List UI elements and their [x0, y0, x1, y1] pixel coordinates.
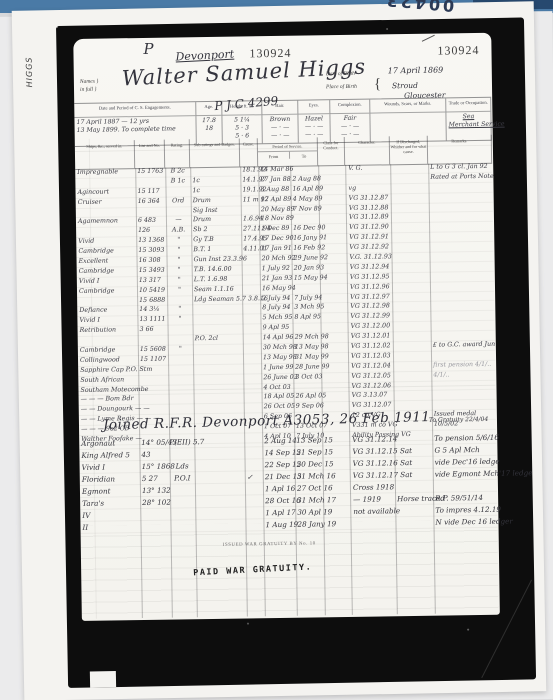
cell-ship: Agamemnon	[76, 218, 136, 228]
cell-from: 21 Dec 15	[263, 471, 295, 482]
col-age: Age.	[196, 102, 222, 116]
cell-remarks: vide Dec'16 ledge	[433, 456, 497, 468]
cell-sub	[193, 345, 243, 355]
cell-from: 14 Apl 96	[261, 334, 293, 343]
cell-to	[291, 215, 319, 224]
cell-no	[136, 207, 166, 216]
cell-from: 30 Mch 98	[261, 344, 293, 353]
cell-remarks: R.P. 59/51/14	[433, 492, 497, 504]
cell-ship	[76, 227, 136, 237]
cell-cause	[244, 447, 262, 458]
cell-discharged	[390, 174, 428, 183]
cell-remarks: Rated at Ports Note	[428, 173, 492, 183]
place-of-birth-label: Place of Birth	[326, 84, 357, 90]
trade-2: Merchant Service	[449, 121, 489, 130]
cell-cls	[321, 333, 348, 342]
col-rating: Rating.	[165, 139, 190, 167]
col-trade: Trade or Occupation.	[446, 98, 491, 113]
cell-character: — 1919	[350, 493, 395, 505]
cell-from: 16 May 94	[260, 284, 292, 293]
cell-sub: Seam 1.1.16	[192, 285, 242, 295]
cell-cause	[242, 275, 260, 284]
cell-cls	[319, 205, 346, 214]
cell-no: 14° 05/43	[139, 437, 169, 448]
cell-rating: —	[166, 217, 191, 226]
cell-sub	[194, 404, 244, 414]
cell-no: 15 1107	[138, 356, 168, 365]
cell-discharged	[393, 362, 431, 371]
cell-discharged	[394, 445, 432, 457]
pen-mark: P	[143, 40, 153, 58]
cell-rating	[168, 355, 193, 364]
cell-cause	[241, 206, 259, 215]
cell-cause: 18.1.92	[240, 166, 258, 175]
col-eyes: Eyes.	[298, 100, 330, 114]
cell-from: 13 May 98	[261, 354, 293, 363]
cell-ship: Agincourt	[75, 188, 135, 198]
cell-cls	[321, 343, 348, 352]
cell-rating	[168, 375, 193, 384]
cell-sub	[195, 483, 245, 495]
cell-to: 7 July 94	[292, 294, 320, 303]
cell-cls	[319, 195, 346, 204]
cell-sub: L.T. 1.6.98	[192, 275, 242, 285]
cell-to: 20 Dec 15	[295, 458, 323, 469]
cell-to: 29 Mch 98	[293, 333, 321, 342]
cell-discharged	[394, 391, 432, 400]
cell-to: 16 Feb 92	[291, 244, 319, 253]
cell-to: 31 Mch 16	[295, 470, 323, 481]
cell-discharged	[391, 233, 429, 242]
dust-speckles	[56, 26, 58, 28]
cell-to: 16 Apl 89	[290, 185, 318, 194]
cell-sub: Sig Inst	[191, 206, 241, 216]
cell-character: Cross 1918	[350, 481, 395, 493]
cell-discharged	[391, 253, 429, 262]
cell-character: V. G.	[345, 164, 390, 174]
cell-no: 14 3¼	[137, 306, 167, 315]
cell-remarks	[429, 202, 493, 212]
cell-cls	[319, 214, 346, 223]
cell-cls	[323, 506, 350, 517]
cell-from: 17 Apl 89	[259, 195, 291, 204]
cell-remarks	[429, 252, 493, 262]
cell-cls	[319, 244, 346, 253]
cell-from: 18 Nov 89	[259, 215, 291, 224]
cell-cause	[243, 324, 261, 333]
cell-character: not available	[350, 505, 395, 517]
cell-no: 15 6888	[137, 296, 167, 305]
cell-no: 43	[139, 449, 169, 460]
cell-ship: Vivid I	[80, 461, 140, 473]
cell-rating: "	[168, 345, 193, 354]
cell-cause: 11 m 92	[241, 196, 259, 205]
cell-ship: Vivid	[76, 237, 136, 247]
cell-rating: "	[166, 246, 191, 255]
cell-character: VG 31.12.87	[346, 194, 391, 204]
cell-discharged	[395, 481, 433, 493]
names-label-line1: Names }	[80, 79, 99, 85]
cell-from: 1 Dec 89	[259, 225, 291, 234]
cell-to: 16 Dec 90	[291, 225, 319, 234]
cell-rating	[170, 484, 195, 495]
cell-discharged	[395, 457, 433, 469]
cell-from: 1 Apl 17	[263, 507, 295, 518]
cell-sub	[194, 394, 244, 404]
cell-ship: Sapphire Cap P.O. Stm	[78, 366, 138, 376]
cell-sub: 1c	[190, 186, 240, 196]
col-list-no: List and No.	[135, 140, 165, 168]
col-discharged: If Discharged, Whither and for what caus…	[390, 136, 428, 165]
cell-to: 31 Mch 17	[295, 494, 323, 505]
cell-sub	[195, 507, 245, 519]
cell-rating: A.B.	[166, 227, 191, 236]
cell-cls	[321, 353, 348, 362]
cell-discharged	[393, 352, 431, 361]
cell-cause	[242, 265, 260, 274]
cell-from: 20 Mch 92	[259, 255, 291, 264]
cell-to: 21 Sep 15	[294, 446, 322, 457]
cell-cls	[323, 494, 350, 505]
cell-remarks: To pension 5/6/16	[432, 432, 496, 444]
cell-ship: Argonaut	[79, 437, 139, 449]
cell-cls	[323, 470, 350, 481]
cell-remarks	[430, 301, 494, 311]
cell-no	[140, 509, 170, 520]
cell-remarks	[429, 232, 493, 242]
cell-from: 17 Dec 90	[259, 235, 291, 244]
photocopy-sheet: 00423 HIGGS P Devonport 130924 130924 Na…	[12, 1, 547, 700]
period-label: Period of Service.	[258, 140, 317, 152]
cell-rating: P.O.I	[170, 472, 195, 483]
cell-cls	[320, 294, 347, 303]
cell-cause	[244, 435, 262, 446]
cell-discharged	[391, 213, 429, 222]
age-2: 18	[199, 125, 220, 133]
cell-character: VG 31.12.15 Sat	[349, 445, 394, 457]
cell-rating	[168, 335, 193, 344]
margin-surname-annotation: HIGGS	[25, 56, 35, 87]
cell-cause	[244, 404, 262, 413]
cell-rating: "	[166, 236, 191, 245]
cell-from: 22 Sep 15	[263, 459, 295, 470]
cell-cause	[245, 483, 263, 494]
place-of-birth-town: Stroud	[392, 81, 418, 90]
service-rows-upper: Impregnable15 1763B 2c18.1.9214 Mar 86V.…	[75, 163, 496, 446]
cell-character: VG 31.12.05	[348, 372, 393, 382]
cell-cls	[319, 254, 346, 263]
cell-rating	[169, 405, 194, 414]
col-character: Character.	[345, 136, 390, 165]
cell-discharged	[392, 282, 430, 291]
cell-from: 5 Mch 95	[260, 314, 292, 323]
cell-character: VG 31.12.02	[348, 342, 393, 352]
cell-no	[135, 178, 165, 187]
cell-discharged	[395, 505, 433, 517]
cell-sub: Drum	[191, 196, 241, 206]
cell-ship: Vivid I	[77, 316, 137, 326]
cell-rating: "	[167, 306, 192, 315]
cell-ship: Collingwood	[78, 356, 138, 366]
cell-sub	[194, 447, 244, 459]
cell-to: 3 Oct 03	[293, 373, 321, 382]
names-label-line2: in full }	[80, 86, 97, 92]
cell-from: 1 June 99	[261, 364, 293, 373]
cell-no: 16 308	[137, 257, 167, 266]
cell-cls	[322, 434, 349, 445]
cell-remarks	[431, 351, 495, 361]
cell-discharged	[390, 164, 428, 173]
service-rows-lower: Argonaut14° 05/43P(EII) 5.72 Aug 1413 Se…	[79, 432, 497, 534]
cell-cls	[318, 165, 345, 174]
cell-sub: Sb 2	[191, 226, 241, 236]
cell-remarks	[432, 400, 496, 410]
cell-from: 1 July 92	[260, 265, 292, 274]
cell-cls	[318, 185, 345, 194]
cell-to: 31 May 99	[293, 353, 321, 362]
cell-sub	[193, 374, 243, 384]
cell-remarks: To impres 4.12.19	[433, 504, 497, 516]
cell-remarks: first pension 4/1/..	[431, 361, 495, 371]
cell-character: VG 31.12.99	[347, 313, 392, 323]
cell-rating: "	[167, 316, 192, 325]
cell-no: 15 5608	[138, 346, 168, 355]
date-of-birth-label: Date of Birth	[326, 71, 355, 77]
cell-ship: Cambridge	[78, 346, 138, 356]
cell-discharged	[393, 342, 431, 351]
cell-rating	[166, 207, 191, 216]
period-from-label: From	[258, 152, 290, 160]
cell-cls	[321, 373, 348, 382]
cell-character: VG 31.12.03	[348, 352, 393, 362]
cell-to: 27 Oct 16	[295, 482, 323, 493]
cell-from: 26 June 03	[261, 373, 293, 382]
cell-ship: Excellent	[77, 257, 137, 267]
cell-no: 28° 102	[140, 497, 170, 508]
cell-sub	[193, 364, 243, 374]
cell-remarks	[430, 281, 494, 291]
cell-no: 15 3493	[137, 267, 167, 276]
cell-discharged	[391, 193, 429, 202]
cell-from: 3 Aug 88	[258, 186, 290, 195]
cell-sub	[194, 435, 244, 447]
col-ships: Ships, &c., served in.	[75, 140, 135, 169]
cell-ship	[77, 297, 137, 307]
cell-cause	[242, 315, 260, 324]
cell-character: VG 31.12.04	[348, 362, 393, 372]
col-cause: Cause.	[240, 138, 258, 166]
cell-cause	[245, 507, 263, 518]
cell-rating: "	[167, 276, 192, 285]
cell-cls	[320, 264, 347, 273]
cell-cause	[243, 374, 261, 383]
cell-rating	[170, 508, 195, 519]
cell-cls	[319, 224, 346, 233]
cell-cause: 4.11.01	[241, 245, 259, 254]
cell-rating: B 1c	[165, 177, 190, 186]
cell-discharged	[393, 332, 431, 341]
cell-discharged	[391, 203, 429, 212]
cell-cls	[320, 274, 347, 283]
cell-remarks: 4/1/..	[431, 370, 495, 380]
cell-cause	[242, 305, 260, 314]
cell-remarks	[429, 192, 493, 202]
col-hair: Hair.	[262, 101, 298, 116]
cell-rating	[168, 365, 193, 374]
cell-character: vg	[345, 184, 390, 194]
cell-no: 16 364	[136, 197, 166, 206]
cell-discharged	[392, 312, 430, 321]
cell-cause: 14.1.97	[240, 176, 258, 185]
cell-no: 5 27	[140, 473, 170, 484]
cell-discharged	[392, 263, 430, 272]
cell-to	[293, 324, 321, 333]
cell-character: VG 3.13.07	[349, 392, 394, 402]
cell-to	[292, 284, 320, 293]
cell-from: 1 Apl 16	[263, 483, 295, 494]
cell-ship: Retribution	[78, 326, 138, 336]
cell-cause	[244, 394, 262, 403]
cell-character	[345, 174, 390, 184]
cell-sub: Ldg Seaman 5.7 3.8.16	[192, 295, 242, 305]
cell-discharged: Horse traced	[395, 493, 433, 505]
date-of-birth-value: 17 April 1869	[388, 66, 444, 76]
cell-rating: P(EII) 5.7	[169, 436, 194, 447]
cell-ship: Impregnable	[75, 168, 135, 178]
cell-from: 20 May 89	[259, 205, 291, 214]
cell-to: 13 Sep 15	[294, 434, 322, 445]
cell-from: 2 Aug 14	[262, 435, 294, 446]
cell-sub: 1c	[190, 176, 240, 186]
cell-discharged	[394, 433, 432, 445]
cell-ship: Cambridge	[76, 247, 136, 257]
cell-cls	[321, 363, 348, 372]
cell-sub	[190, 167, 240, 177]
cell-ship: Defiance	[77, 307, 137, 317]
cell-cause: 1.6.94	[241, 216, 259, 225]
col-class-conduct: Class for Conduct.	[318, 137, 345, 165]
cell-remarks	[430, 291, 494, 301]
cell-to: 30 Apl 19	[295, 506, 323, 517]
cell-remarks	[431, 321, 495, 331]
cell-remarks	[431, 331, 495, 341]
col-subratings: Sub-ratings and Badges.	[190, 139, 240, 168]
cell-to: 13 May 98	[293, 343, 321, 352]
cell-cls	[320, 284, 347, 293]
cell-rating: "	[167, 286, 192, 295]
cell-no: 15 3093	[136, 247, 166, 256]
cell-discharged	[392, 302, 430, 311]
cell-ship	[76, 208, 136, 218]
cell-remarks	[432, 390, 496, 400]
cell-no	[138, 375, 168, 384]
inverted-corner-number: 00423	[383, 0, 455, 15]
place-of-birth-brace: {	[374, 76, 381, 93]
cell-sub	[193, 325, 243, 335]
cell-cls	[320, 313, 347, 322]
cell-remarks	[430, 272, 494, 282]
cell-ship: South African	[78, 376, 138, 386]
cell-cause	[241, 255, 259, 264]
col-complexion: Complexion.	[330, 100, 370, 115]
cell-remarks: L to G 3 cl. Jan 92	[428, 163, 492, 173]
cell-no: 13 317	[137, 276, 167, 285]
period-to-label: To	[290, 151, 318, 159]
naval-service-record-form: P Devonport 130924 130924 Names } in ful…	[73, 33, 500, 621]
cell-rating	[167, 296, 192, 305]
cell-no: 13 1111	[137, 316, 167, 325]
cell-discharged	[390, 184, 428, 193]
cell-no: 6 483	[136, 217, 166, 226]
cell-ship: — — Doungourk — —	[79, 405, 139, 415]
cell-sub: T.B. 14.6.00	[192, 265, 242, 275]
cell-character: VG 31.12.94	[347, 263, 392, 273]
cell-from: 2 July 94	[260, 294, 292, 303]
cell-from: 8 July 94	[260, 304, 292, 313]
cell-sub: Gy T.B	[191, 236, 241, 246]
cell-no	[139, 405, 169, 414]
cell-no: 15 117	[135, 187, 165, 196]
cell-remarks	[430, 262, 494, 272]
wounds-value	[372, 114, 443, 115]
cell-from: 14 Sep 15	[262, 447, 294, 458]
cell-remarks: vide Egmont Mch'17 ledge	[433, 468, 497, 480]
cell-rating	[168, 326, 193, 335]
cell-ship: IV	[80, 509, 140, 521]
cell-ship: Cambridge	[77, 267, 137, 277]
cell-character: VG 31.12.89	[346, 214, 391, 224]
cell-from: 27 Jan 88	[258, 176, 290, 185]
cell-sub: Gun Inst 23.3.96	[192, 256, 242, 266]
cell-remarks	[428, 183, 492, 193]
cell-ship: Vivid I	[77, 277, 137, 287]
names-label: Names } in full }	[80, 79, 99, 95]
cell-no	[139, 395, 169, 404]
cell-no: 13 1368	[136, 237, 166, 246]
cell-remarks: G 5 Apl Mch	[432, 444, 496, 456]
cell-from: 14 Mar 86	[258, 166, 290, 175]
cell-ship	[75, 178, 135, 188]
cell-from: 18 Apl 05	[262, 393, 294, 402]
cell-cause: 27.11.94	[241, 226, 259, 235]
cell-no: 3 66	[138, 326, 168, 335]
cell-from: 17 Jan 91	[259, 245, 291, 254]
cell-no: 10 5419	[137, 286, 167, 295]
cell-ship: Cruiser	[76, 198, 136, 208]
cell-ship: Egmont	[80, 485, 140, 497]
cell-to: 3 Mch 95	[292, 304, 320, 313]
cell-cause	[245, 495, 263, 506]
cell-rating: Ord	[166, 197, 191, 206]
cell-from: 21 Jan 93	[260, 275, 292, 284]
cell-character: VG 31.12.88	[346, 204, 391, 214]
cell-cause	[245, 459, 263, 470]
cell-ship: — — — Bom Bdr	[79, 396, 139, 406]
cell-cls	[323, 458, 350, 469]
cell-character: VG 31.12.16 Sat	[350, 457, 395, 469]
cell-character: VG 31.12.92	[346, 243, 391, 253]
cell-to: 29 June 92	[291, 254, 319, 263]
cell-sub	[195, 471, 245, 483]
cell-discharged	[392, 292, 430, 301]
cell-sub	[192, 305, 242, 315]
cell-ship: Floridian	[80, 473, 140, 485]
cell-remarks	[429, 212, 493, 222]
cell-no: 15 1763	[135, 168, 165, 177]
col-wounds: Wounds, Scars, or Marks.	[370, 98, 446, 113]
cell-character: VG 31.12.90	[346, 224, 391, 234]
cell-character: VG 31.12.96	[347, 283, 392, 293]
